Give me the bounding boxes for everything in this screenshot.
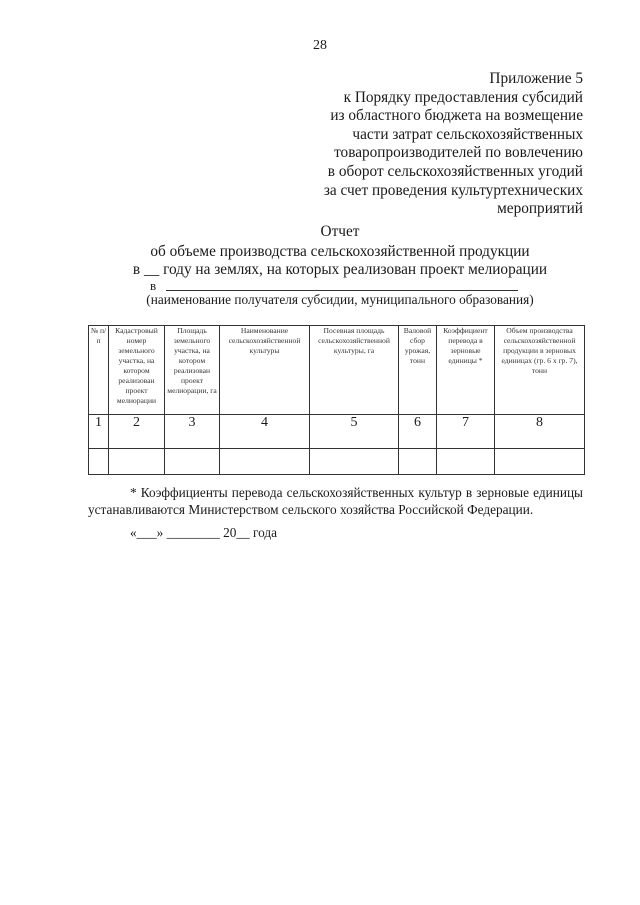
- table-cell[interactable]: [165, 449, 220, 475]
- appendix-header: Приложение 5 к Порядку предоставления су…: [324, 70, 583, 219]
- col-header: Валовой сбор урожая, тонн: [399, 326, 437, 415]
- appendix-line: в оборот сельскохозяйственных угодий: [324, 163, 583, 182]
- appendix-line: Приложение 5: [324, 70, 583, 89]
- column-number: 1: [89, 415, 109, 449]
- appendix-line: к Порядку предоставления субсидий: [324, 89, 583, 108]
- col-header: Коэффициент перевода в зерновые единицы …: [437, 326, 495, 415]
- table-cell[interactable]: [109, 449, 165, 475]
- table-cell[interactable]: [89, 449, 109, 475]
- col-header: Площадь земельного участка, на котором р…: [165, 326, 220, 415]
- table-cell[interactable]: [495, 449, 585, 475]
- appendix-line: из областного бюджета на возмещение: [324, 107, 583, 126]
- table-cell[interactable]: [310, 449, 399, 475]
- table-row: [89, 449, 585, 475]
- column-number: 2: [109, 415, 165, 449]
- column-number: 4: [220, 415, 310, 449]
- report-subtitle-year: в __ году на землях, на которых реализов…: [0, 261, 640, 279]
- report-title: Отчет: [0, 223, 640, 241]
- page-number: 28: [0, 38, 640, 54]
- appendix-line: товаропроизводителей по вовлечению: [324, 144, 583, 163]
- col-header: Наименование сельскохозяйственной культу…: [220, 326, 310, 415]
- column-number: 5: [310, 415, 399, 449]
- footnote-text: * Коэффициенты перевода сельскохозяйстве…: [88, 485, 583, 517]
- appendix-line: части затрат сельскохозяйственных: [324, 126, 583, 145]
- col-header: Посевная площадь сельскохозяйственной ку…: [310, 326, 399, 415]
- col-header: Объем производства сельскохозяйственной …: [495, 326, 585, 415]
- report-table: № п/п Кадастровый номер земельного участ…: [88, 325, 585, 475]
- table-cell[interactable]: [437, 449, 495, 475]
- column-number: 7: [437, 415, 495, 449]
- appendix-line: за счет проведения культуртехнических: [324, 182, 583, 201]
- footnote: * Коэффициенты перевода сельскохозяйстве…: [88, 484, 583, 518]
- col-header: № п/п: [89, 326, 109, 415]
- appendix-line: мероприятий: [324, 200, 583, 219]
- column-number: 8: [495, 415, 585, 449]
- recipient-blank-line[interactable]: [166, 290, 518, 291]
- report-subtitle: об объеме производства сельскохозяйствен…: [0, 243, 640, 261]
- column-number: 3: [165, 415, 220, 449]
- col-header: Кадастровый номер земельного участка, на…: [109, 326, 165, 415]
- table-cell[interactable]: [220, 449, 310, 475]
- date-line: «___» ________ 20__ года: [130, 525, 277, 541]
- table-header-row: № п/п Кадастровый номер земельного участ…: [89, 326, 585, 415]
- column-number: 6: [399, 415, 437, 449]
- recipient-caption: (наименование получателя субсидии, муниц…: [0, 292, 640, 308]
- column-number-row: 1 2 3 4 5 6 7 8: [89, 415, 585, 449]
- table-cell[interactable]: [399, 449, 437, 475]
